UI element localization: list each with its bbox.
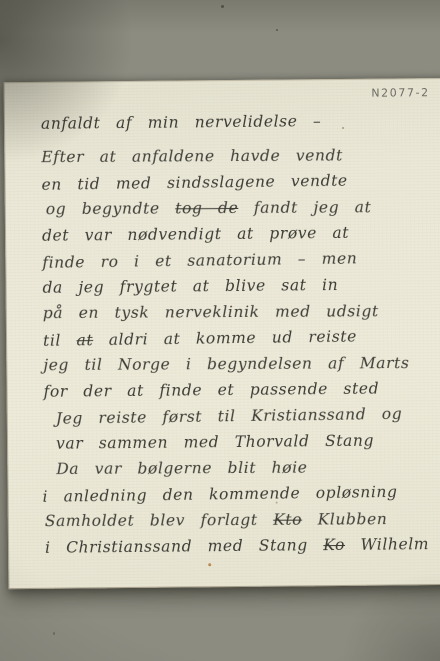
handwriting-segment: Samholdet blev forlagt xyxy=(45,511,273,530)
handwriting-segment: Wilhelm xyxy=(345,535,429,554)
archive-number: N2077-2 xyxy=(371,86,430,100)
manuscript-line: jeg til Norge i begyndelsen af Marts xyxy=(43,350,440,378)
manuscript-line: da jeg frygtet at blive sat in xyxy=(42,271,440,301)
handwriting-segment: jeg til Norge i begyndelsen af Marts xyxy=(43,354,409,374)
handwriting-segment: var sammen med Thorvald Stang xyxy=(56,432,374,453)
manuscript-line: finde ro i et sanatorium – men xyxy=(42,244,440,276)
dust-speck xyxy=(53,632,55,635)
handwriting-segment: til xyxy=(43,331,77,349)
handwriting-segment: da jeg frygtet at blive sat in xyxy=(42,276,338,297)
handwriting-segment: aldri at komme ud reiste xyxy=(93,327,357,349)
handwriting-segment: Efter at anfaldene havde vendt xyxy=(41,146,343,166)
manuscript-line: i Christianssand med Stang Ko Wilhelm xyxy=(45,531,440,561)
paper-speck xyxy=(208,563,211,566)
manuscript-line: i anledning den kommende opløsning xyxy=(42,478,440,510)
manuscript-line: anfaldt af min nervelidelse – xyxy=(41,107,440,137)
struck-text: tog de xyxy=(175,199,238,217)
struck-text: at xyxy=(76,331,93,349)
handwritten-text: anfaldt af min nervelidelse –Efter at an… xyxy=(41,107,440,561)
struck-text: Kto xyxy=(273,511,302,529)
handwriting-segment: Da var bølgerne blit høie xyxy=(56,459,307,478)
manuscript-line: og begyndte tog de fandt jeg at xyxy=(46,194,440,222)
manuscript-line: Efter at anfaldene havde vendt xyxy=(41,142,440,170)
handwriting-segment: Klubben xyxy=(302,510,387,528)
manuscript-page: N2077-2 anfaldt af min nervelidelse –Eft… xyxy=(4,78,440,589)
handwriting-segment: en tid med sindsslagene vendte xyxy=(41,171,347,193)
handwriting-segment: anfaldt af min nervelidelse – xyxy=(41,112,322,133)
handwriting-segment: for der at finde et passende sted xyxy=(43,380,379,401)
handwriting-segment: i Christianssand med Stang xyxy=(45,536,323,557)
handwriting-segment: finde ro i et sanatorium – men xyxy=(42,249,357,271)
handwriting-segment: i anledning den kommende opløsning xyxy=(42,483,397,506)
paper-speck xyxy=(342,127,344,129)
struck-text: Ko xyxy=(323,536,345,554)
dust-speck xyxy=(221,5,224,8)
manuscript-line: var sammen med Thorvald Stang xyxy=(56,427,440,457)
handwriting-segment: og begyndte xyxy=(46,199,175,218)
paper-speck xyxy=(276,502,278,504)
manuscript-line: Samholdet blev forlagt Kto Klubben xyxy=(45,506,440,534)
manuscript-line: til at aldri at komme ud reiste xyxy=(43,322,440,354)
manuscript-line: på en tysk nerveklinik med udsigt xyxy=(43,298,440,326)
manuscript-line: Jeg reiste først til Kristianssand og xyxy=(56,400,440,431)
handwriting-segment: det var nødvendigt at prøve at xyxy=(42,224,349,245)
photo-backdrop: N2077-2 anfaldt af min nervelidelse –Eft… xyxy=(0,0,440,661)
manuscript-line: Da var bølgerne blit høie xyxy=(56,454,440,482)
handwriting-segment: Jeg reiste først til Kristianssand og xyxy=(56,405,403,428)
handwriting-segment: på en tysk nerveklinik med udsigt xyxy=(43,302,379,322)
dust-speck xyxy=(276,29,278,31)
manuscript-line: en tid med sindsslagene vendte xyxy=(41,166,440,198)
handwriting-segment: fandt jeg at xyxy=(238,198,371,217)
